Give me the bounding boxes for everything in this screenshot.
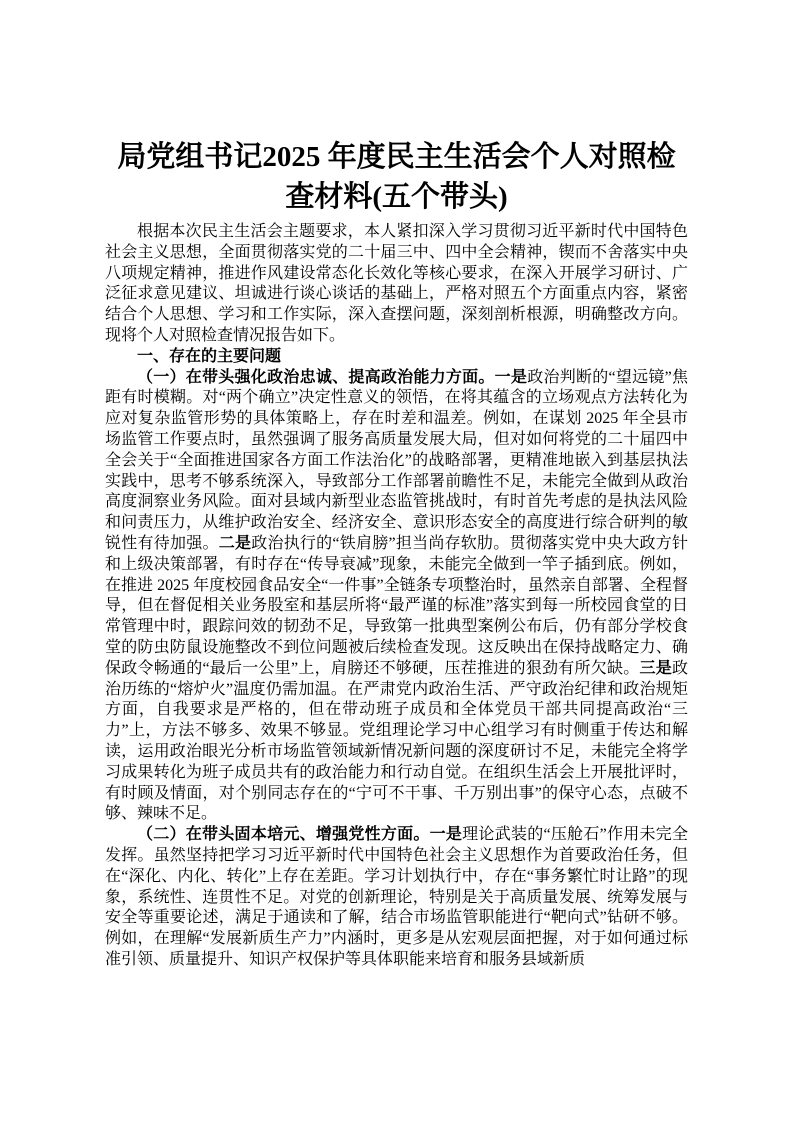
bold-text-run: 一、存在的主要问题 — [137, 348, 281, 365]
subsection-party-spirit: （二）在带头固本培元、增强党性方面。一是理论武装的“压舱石”作用未完全发挥。虽然… — [105, 825, 688, 971]
bold-text-run: （二）在带头固本培元、增强党性方面。一是 — [137, 826, 462, 843]
text-run: 政治判断的“望远镜”焦距有时模糊。对“两个确立”决定性意义的领悟，在将其蕴含的立… — [105, 369, 688, 552]
bold-text-run: （一）在带头强化政治忠诚、提高政治能力方面。一是 — [137, 369, 527, 386]
document-title: 局党组书记2025 年度民主生活会个人对照检查材料(五个带头) — [105, 137, 688, 217]
document-body: 根据本次民主生活会主题要求，本人紧扣深入学习贯彻习近平新时代中国特色社会主义思想… — [105, 222, 688, 971]
text-run: 政治历练的“熔炉火”温度仍需加温。在严肃党内政治生活、严守政治纪律和政治规矩方面… — [105, 660, 688, 823]
document-page: 局党组书记2025 年度民主生活会个人对照检查材料(五个带头) 根据本次民主生活… — [0, 0, 793, 1121]
subsection-political-loyalty: （一）在带头强化政治忠诚、提高政治能力方面。一是政治判断的“望远镜”焦距有时模糊… — [105, 368, 688, 826]
bold-text-run: 二是 — [219, 535, 252, 552]
text-run: 根据本次民主生活会主题要求，本人紧扣深入学习贯彻习近平新时代中国特色社会主义思想… — [105, 223, 688, 344]
text-run: 政治执行的“铁肩膀”担当尚存软肋。贯彻落实党中央大政方针和上级决策部署，有时存在… — [105, 535, 688, 677]
intro-paragraph: 根据本次民主生活会主题要求，本人紧扣深入学习贯彻习近平新时代中国特色社会主义思想… — [105, 222, 688, 347]
section-heading-main-problems: 一、存在的主要问题 — [105, 347, 688, 368]
text-run: 理论武装的“压舱石”作用未完全发挥。虽然坚持把学习习近平新时代中国特色社会主义思… — [105, 826, 688, 968]
bold-text-run: 三是 — [639, 660, 672, 677]
